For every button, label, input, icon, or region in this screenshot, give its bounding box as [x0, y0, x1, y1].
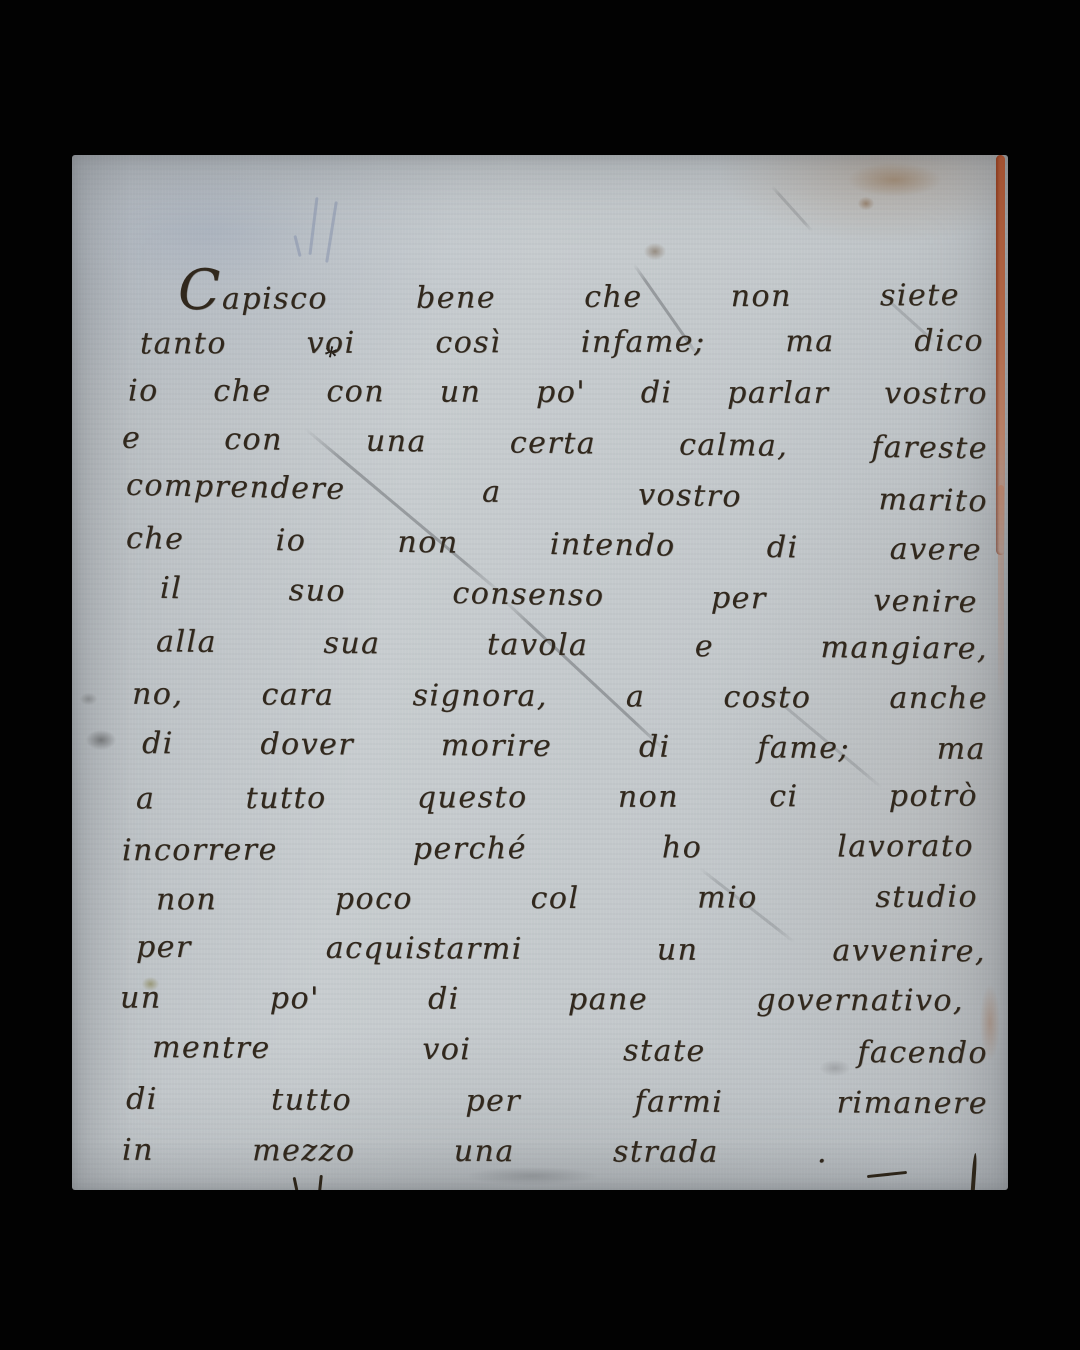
- letter-paper: * Capisco bene che non siete tanto voi c…: [72, 155, 1008, 1190]
- stain: [644, 243, 666, 260]
- stain: [858, 197, 874, 210]
- letter-text-block: Capisco bene che non siete tanto voi cos…: [120, 267, 988, 1178]
- letter-line: di tutto per farmi rimanere: [126, 1074, 988, 1129]
- letter-line: alla sua tavola e mangiare,: [156, 618, 988, 676]
- stain: [847, 163, 942, 197]
- letter-line: tanto voi così infame; ma dico: [140, 316, 984, 370]
- letter-line: per acquistarmi un avvenire,: [136, 922, 986, 977]
- letter-line: a tutto questo non ci potrò: [136, 771, 978, 825]
- cut-off-stroke: [318, 1175, 323, 1190]
- cut-off-stroke: [293, 1177, 299, 1190]
- scratch-mark: [771, 185, 813, 232]
- letter-line: incorrere perché ho lavorato: [122, 821, 974, 876]
- letter-line: di dover morire di fame; ma: [142, 719, 986, 775]
- letter-line: no, cara signora, a costo anche: [132, 670, 988, 725]
- letter-line: in mezzo una strada .: [122, 1126, 828, 1179]
- red-page-edge-fade: [998, 485, 1004, 705]
- letter-line: Capisco bene che non siete: [178, 265, 960, 320]
- letter-line: un po' di pane governativo,: [120, 974, 964, 1028]
- photo-background: * Capisco bene che non siete tanto voi c…: [0, 0, 1080, 1350]
- letter-line: mentre voi state facendo: [152, 1023, 988, 1079]
- letter-line: io che con un po' di parlar vostro: [128, 367, 988, 421]
- letter-line: non poco col mio studio: [156, 873, 978, 926]
- stain: [86, 730, 116, 750]
- stain: [80, 693, 97, 705]
